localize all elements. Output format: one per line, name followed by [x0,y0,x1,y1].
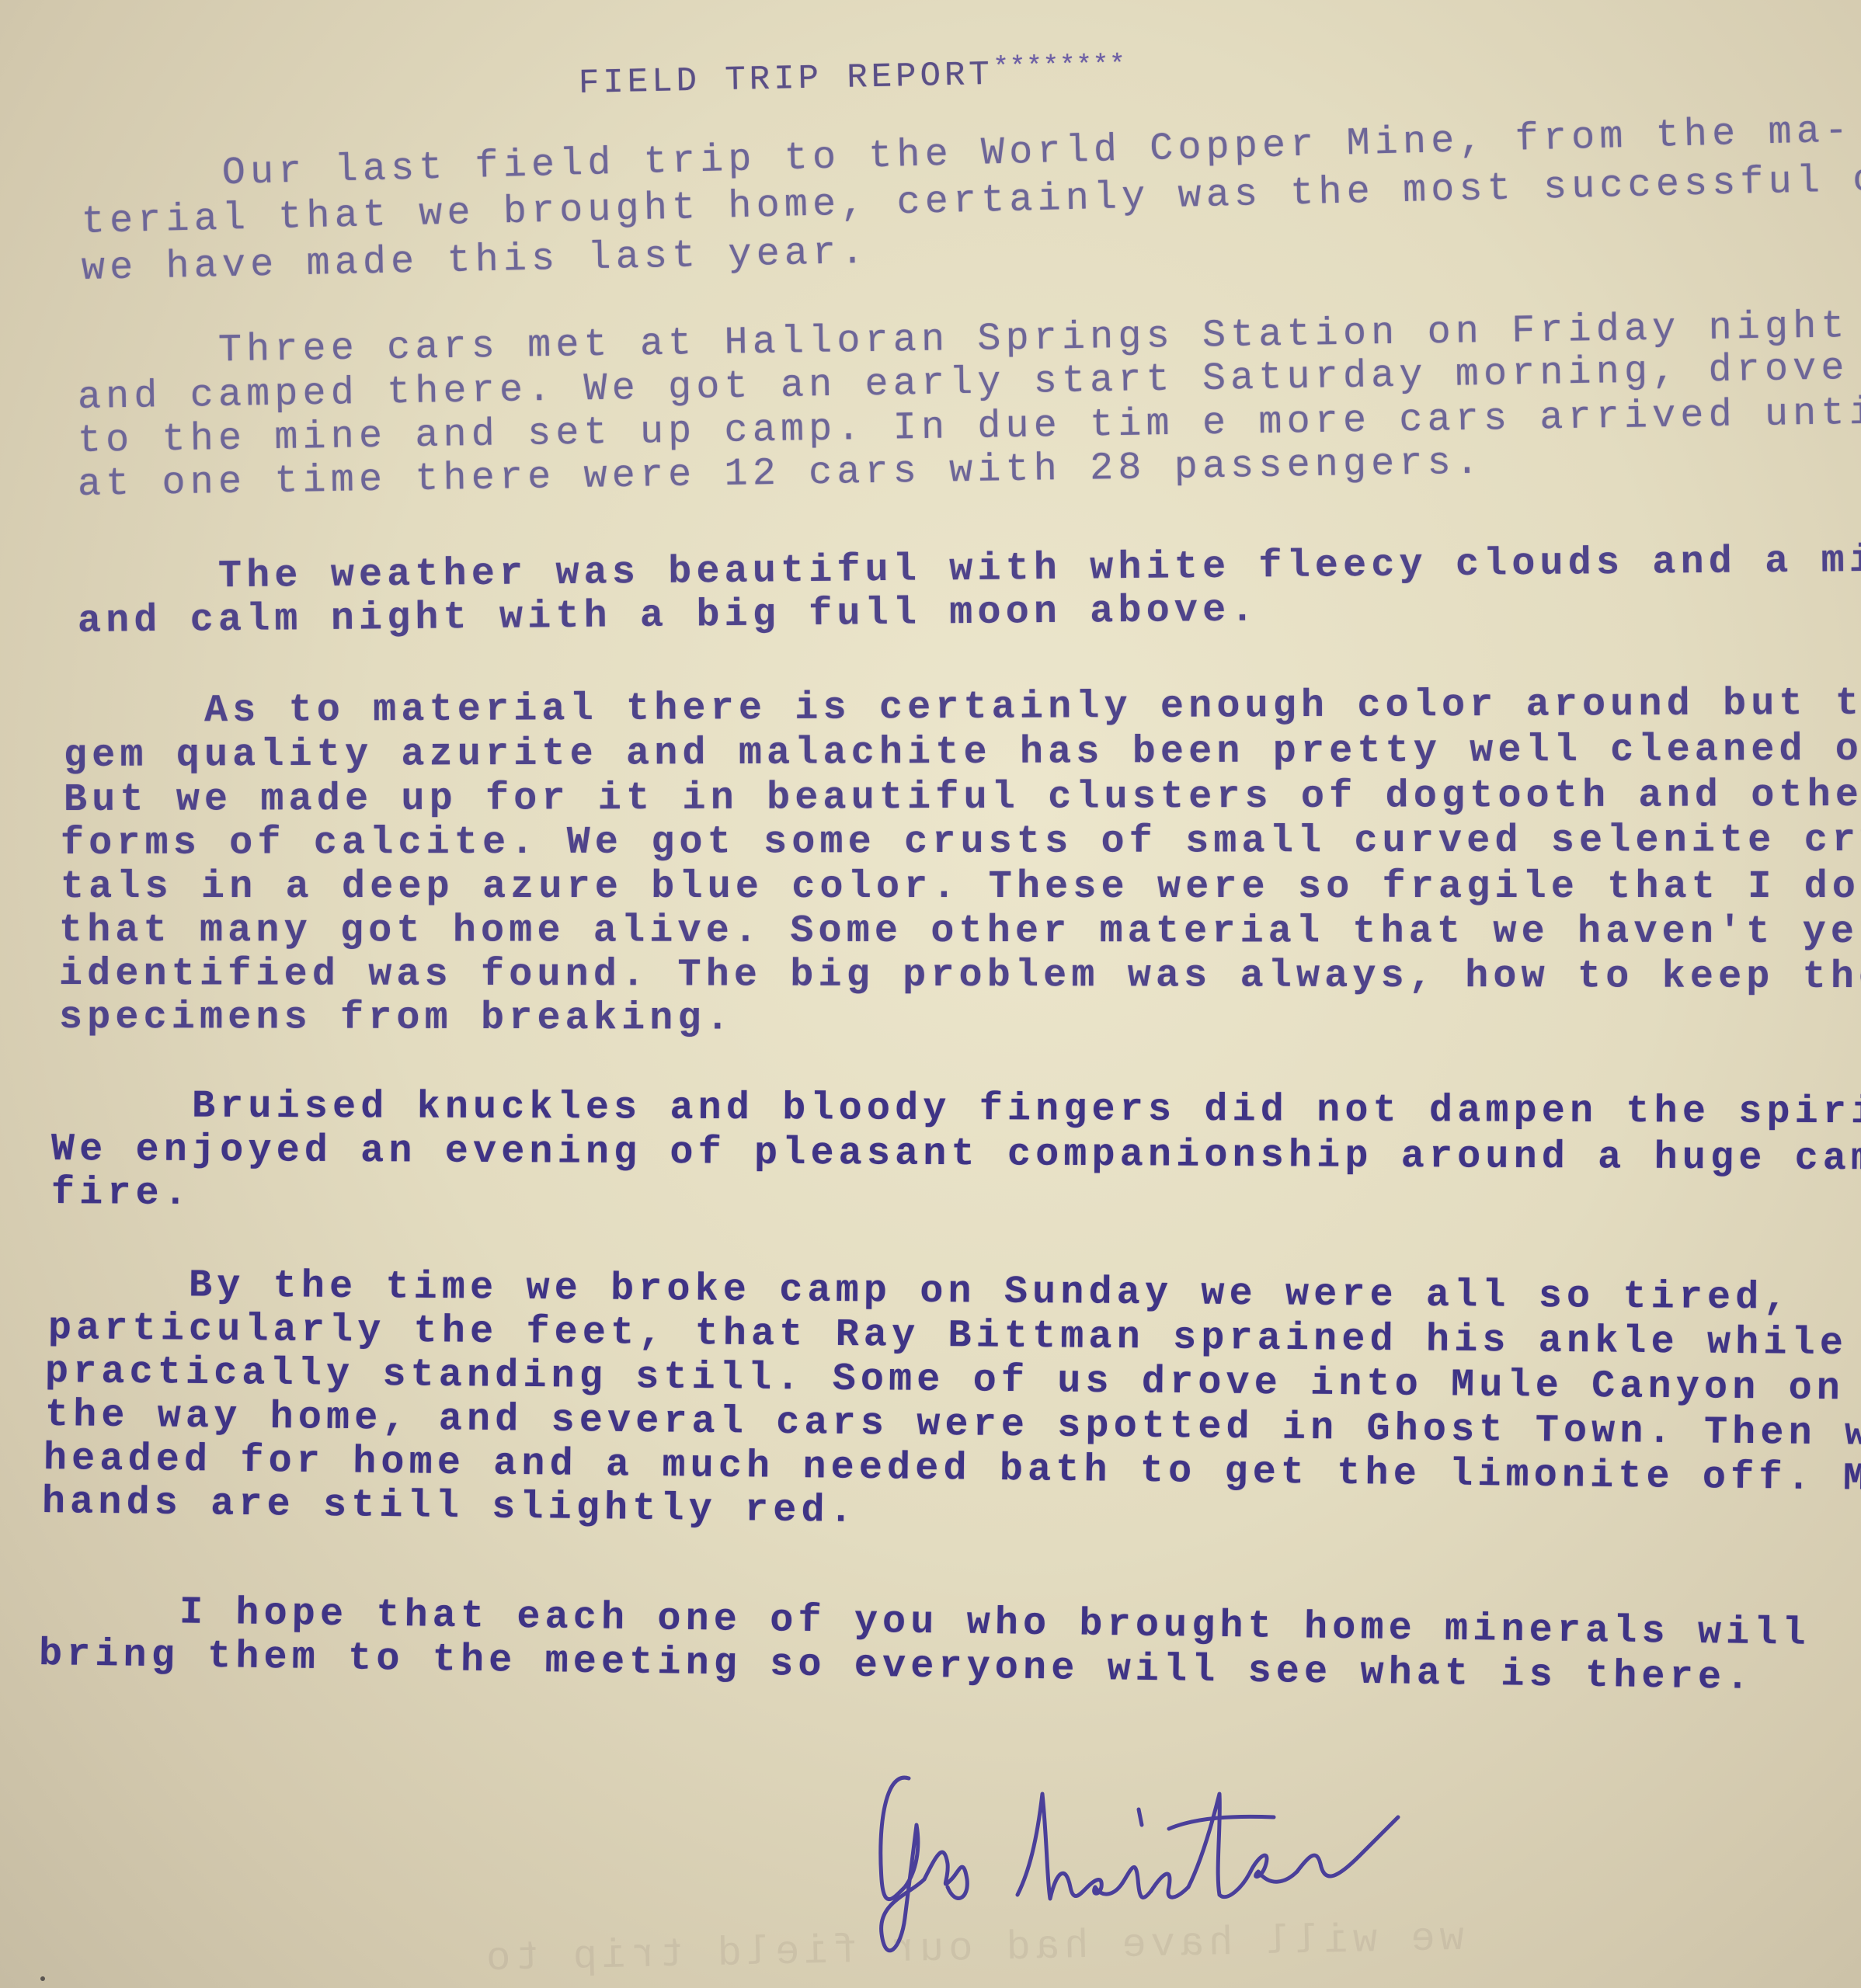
title-asterisks: ******** [993,50,1126,83]
text-line: As to material there is certainly enough… [64,682,1861,734]
text-line: We enjoyed an evening of pleasant compan… [51,1128,1861,1182]
paper-speck [40,1976,45,1981]
handwritten-signature [862,1763,1841,1980]
text-line: But we made up for it in beautiful clust… [64,773,1861,822]
text-line: specimens from breaking. [59,996,734,1041]
text-line: that many got home alive. Some other mat… [59,909,1861,954]
title-text: FIELD TRIP REPORT [579,56,994,103]
page-title: FIELD TRIP REPORT******** [578,50,1126,103]
text-line: Bruised knuckles and bloody fingers did … [51,1084,1861,1135]
text-line: hands are still slightly red. [42,1480,858,1534]
text-line: forms of calcite. We got some crusts of … [61,818,1861,866]
text-line: identified was found. The big problem wa… [59,952,1861,999]
text-line: tals in a deep azure blue color. These w… [61,865,1861,909]
typewritten-page: we will have had our field trip to FIELD… [0,0,1861,1988]
text-line: fire. [51,1171,192,1216]
text-line: gem quality azurite and malachite has be… [64,728,1861,778]
